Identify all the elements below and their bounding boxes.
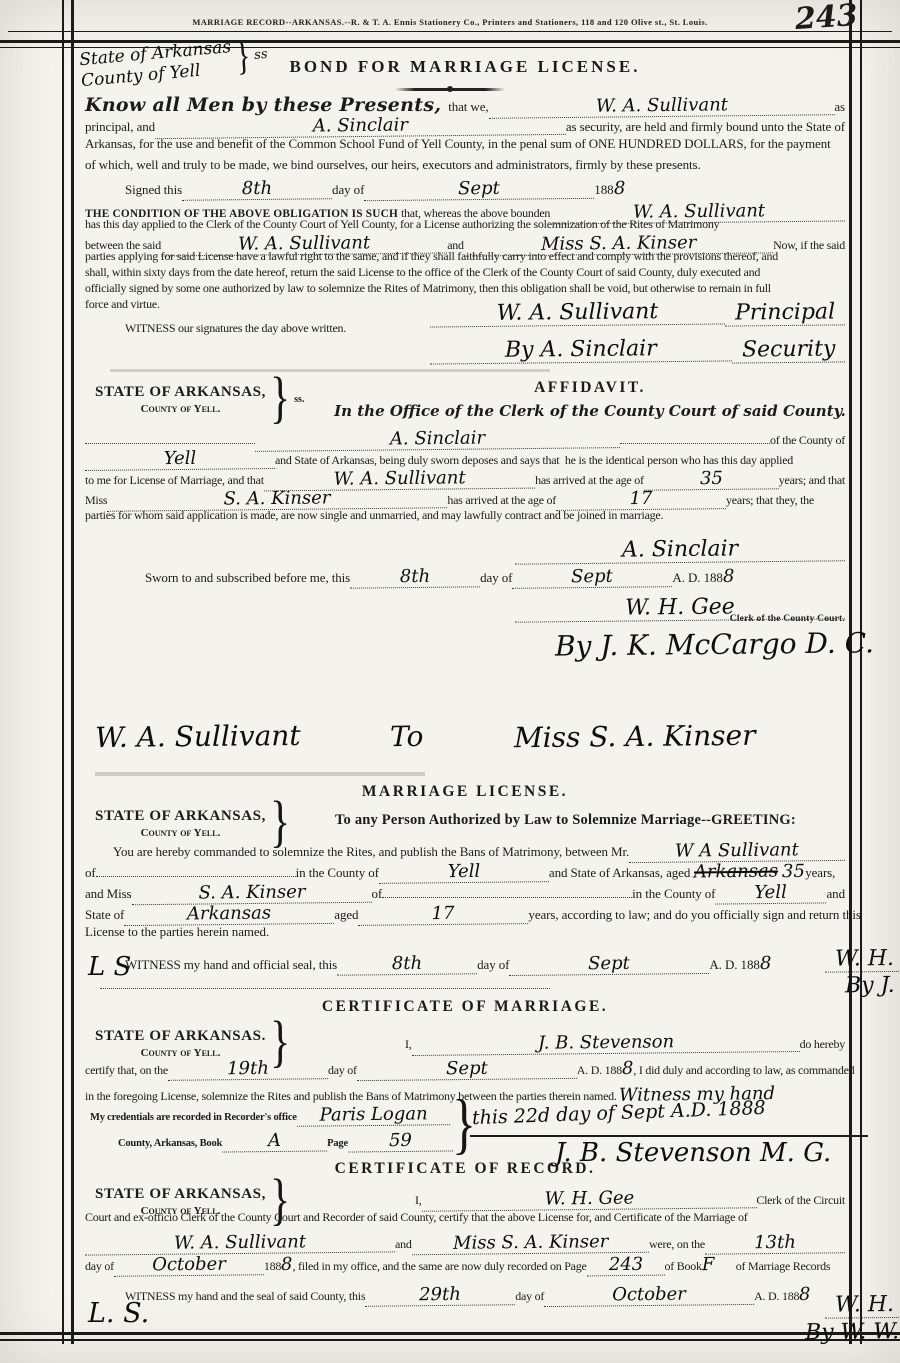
handwritten-entry: W. A. Sullivant	[553, 199, 845, 224]
cert-marriage-title: CERTIFICATE OF MARRIAGE.	[85, 998, 845, 1016]
handwritten-entry: A. Sinclair	[155, 113, 566, 139]
printed-text: has arrived at the age of	[535, 473, 644, 488]
text-line: between the saidW. A. SullivantandMiss S…	[85, 233, 845, 249]
printed-text: Signed this	[125, 182, 182, 198]
printed-text: as	[834, 99, 845, 115]
text-line: License to the parties herein named.	[85, 924, 845, 945]
record-ls-mark: L. S.	[88, 1298, 149, 1329]
handwritten-entry: 35	[782, 861, 805, 882]
printed-text: certify that, on the	[85, 1063, 168, 1078]
printed-text: and Miss	[85, 886, 132, 902]
handwritten-entry: F	[702, 1254, 736, 1275]
printed-text: as security, are held and firmly bound u…	[566, 119, 845, 135]
printed-text: day of	[85, 1259, 114, 1274]
license-signatures: W. H. GeeBy J. H. McCargo D. C.County Cl…	[455, 946, 855, 998]
handwritten-entry: W. H. Gee	[825, 945, 900, 972]
parties-header: W. A. SullivantToMiss S. A. Kinser	[95, 720, 815, 768]
handwritten-entry: A. Sinclair	[255, 426, 620, 452]
handwritten-entry: Yell	[715, 881, 826, 904]
handwritten-entry: W. H. Gee	[825, 1291, 900, 1318]
printed-text: WITNESS my hand and official seal, this	[125, 957, 337, 973]
printed-text: WITNESS our signatures the day above wri…	[125, 321, 346, 336]
handwritten-entry: By W. W. Brooks D. C.	[805, 1318, 900, 1346]
text-line: Know all Men by these Presents, that we,…	[85, 94, 845, 115]
affidavit-state-block: STATE OF ARKANSAS, County of Yell. } ss.	[95, 378, 304, 420]
cert-record-body: I,W. H. GeeClerk of the CircuitCourt and…	[85, 1188, 845, 1306]
handwritten-entry: A	[222, 1129, 327, 1152]
handwritten-entry: J. B. Stevenson	[411, 1030, 799, 1056]
printed-text: , I did duly and according to law, as co…	[633, 1063, 854, 1078]
handwritten-entry: Miss S. A. Kinser	[464, 231, 774, 256]
printed-text: of which, well and truly to be made, we …	[85, 157, 701, 173]
printed-text: day of	[328, 1063, 357, 1078]
printed-text: and	[827, 886, 845, 902]
printed-text: WITNESS my hand and the seal of said Cou…	[125, 1289, 365, 1304]
handwritten-entry: By A. Sinclair	[430, 335, 732, 364]
cert-record-title: CERTIFICATE OF RECORD.	[85, 1160, 845, 1178]
text-line: W. A. SullivantPrincipal	[430, 300, 845, 337]
handwritten-entry: Arkansas	[690, 861, 782, 883]
cert-record-signatures: W. H. GeeBy W. W. Brooks D. C.Clerk and …	[455, 1292, 865, 1346]
text-line: Court and ex-officio Clerk of the County…	[85, 1210, 845, 1232]
text-line: By W. W. Brooks D. C.Clerk and Recorder.	[455, 1319, 865, 1346]
marriage-record-page: MARRIAGE RECORD--ARKANSAS.--R. & T. A. E…	[0, 0, 900, 1363]
printed-text: aged	[334, 907, 358, 923]
printed-text: , filed in my office, and the same are n…	[293, 1259, 587, 1274]
handwritten-entry: Sept	[512, 565, 672, 589]
bond-opening: Know all Men by these Presents, that we,…	[85, 94, 845, 199]
printed-text: of the County of	[770, 433, 845, 448]
printed-text: and State of Arkansas, aged	[549, 865, 690, 881]
handwritten-entry: W. H. Gee	[515, 593, 845, 622]
handwritten-entry: W. H. Gee	[421, 1186, 756, 1212]
printed-text: day of	[332, 182, 364, 198]
printed-text: of Marriage Records	[736, 1259, 831, 1274]
license-state: STATE OF ARKANSAS,	[95, 808, 266, 825]
printed-text: of	[372, 886, 383, 902]
printed-text	[620, 443, 770, 444]
license-state-block: STATE OF ARKANSAS, County of Yell. }	[95, 802, 290, 844]
handwritten-entry: Sept	[364, 177, 594, 201]
text-line: W. H. Gee	[455, 946, 855, 972]
handwritten-entry: 17	[358, 902, 528, 926]
handwritten-entry: 8th	[350, 565, 480, 588]
handwritten-entry: 8	[723, 566, 735, 587]
cert-marriage-sig-rule	[470, 1135, 868, 1137]
handwritten-entry: Principal	[725, 299, 845, 326]
text-line: Sworn to and subscribed before me, this8…	[85, 566, 845, 595]
text-line: By J. K. McCargo D. C.	[85, 628, 845, 657]
printed-text: that we,	[448, 99, 488, 115]
printed-text: shall, within sixty days from the date h…	[85, 265, 760, 280]
bond-title: BOND FOR MARRIAGE LICENSE.	[85, 57, 845, 77]
printed-text: do hereby	[800, 1037, 845, 1052]
text-line: By J. H. McCargo D. C.County Clerk.	[455, 972, 855, 998]
printed-text: You are hereby commanded to solemnize th…	[113, 844, 629, 860]
text-line: principal, andA. Sinclairas security, ar…	[85, 115, 845, 136]
handwritten-entry: By J. H. McCargo D. C.	[845, 971, 900, 999]
right-border-outer	[860, 0, 862, 1344]
handwritten-entry: 17	[556, 487, 726, 511]
handwritten-entry: Sept	[357, 1057, 577, 1081]
handwritten-entry: Paris Logan	[297, 1103, 450, 1127]
handwritten-entry: Yell	[379, 860, 549, 884]
text-line: I,W. H. GeeClerk of the Circuit	[85, 1188, 845, 1210]
text-line: to me for License of Marriage, and thatW…	[85, 468, 845, 488]
printed-text: force and virtue.	[85, 297, 160, 312]
printed-text: My credentials are recorded in Recorder'…	[90, 1112, 297, 1123]
printed-text: of Book	[665, 1259, 702, 1274]
left-border-inner	[71, 0, 74, 1344]
right-border-inner	[849, 0, 852, 1344]
printed-text	[85, 443, 255, 444]
printed-text: A. D. 188	[577, 1063, 622, 1078]
text-line: MissS. A. Kinserhas arrived at the age o…	[85, 488, 845, 508]
text-line: A. Sinclairof the County of	[85, 428, 845, 448]
printed-text: I,	[405, 1037, 412, 1052]
credentials-block: My credentials are recorded in Recorder'…	[90, 1104, 450, 1156]
handwritten-entry: A. Sinclair	[515, 535, 845, 564]
handwritten-entry: W. A. Sullivant	[161, 232, 447, 257]
top-rule-heavy	[0, 40, 900, 43]
printed-text: License to the parties herein named.	[85, 924, 269, 940]
printed-text: Miss	[85, 493, 107, 508]
handwritten-entry: Security	[731, 336, 845, 363]
printed-text: 188	[594, 182, 613, 198]
text-line: W. A. SullivantToMiss S. A. Kinser	[95, 720, 815, 768]
printed-text: Know all Men by these Presents,	[85, 94, 448, 116]
printed-text: in the County of	[296, 865, 379, 881]
handwritten-entry: W. A. Sullivant	[85, 1230, 395, 1255]
printed-text: and	[395, 1237, 412, 1252]
handwritten-entry: 8	[622, 1058, 634, 1079]
handwritten-entry: S. A. Kinser	[107, 486, 447, 512]
handwritten-entry: W. A. Sullivant	[430, 298, 725, 327]
scan-smear-2	[95, 772, 425, 776]
scan-smear-1	[110, 369, 550, 372]
printed-text: of	[85, 865, 96, 881]
left-border-outer	[62, 0, 64, 1344]
handwritten-entry: To	[390, 720, 424, 753]
handwritten-entry: 13th	[705, 1231, 845, 1254]
handwritten-entry: 8th	[182, 177, 332, 201]
handwritten-entry: Miss S. A. Kinser	[411, 1231, 649, 1255]
text-line: My credentials are recorded in Recorder'…	[90, 1104, 450, 1130]
imprint-rule	[8, 31, 892, 32]
printed-text: day of	[480, 570, 512, 586]
affidavit-subtitle: In the Office of the Clerk of the County…	[330, 402, 850, 420]
text-line: County, Arkansas, BookAPage59	[90, 1130, 450, 1156]
text-line: shall, within sixty days from the date h…	[85, 265, 845, 281]
printed-text: years; and that	[779, 473, 845, 488]
printed-text: years, according to law; and do you offi…	[528, 907, 860, 923]
bond-signatures: W. A. SullivantPrincipalBy A. SinclairSe…	[430, 300, 845, 374]
affidavit-sworn-block: A. SinclairSworn to and subscribed befor…	[85, 537, 845, 657]
handwritten-entry: W. A. Sullivant	[95, 719, 301, 754]
affidavit-state: STATE OF ARKANSAS,	[95, 384, 266, 401]
text-line: officially signed by some one authorized…	[85, 281, 845, 297]
text-line: certify that, on the19thday ofSeptA. D. …	[85, 1058, 845, 1084]
text-line: Signed this8thday ofSept1888	[85, 178, 845, 199]
printed-text: Sworn to and subscribed before me, this	[145, 570, 350, 586]
text-line: W. A. SullivantandMiss S. A. Kinserwere,…	[85, 1232, 845, 1254]
printed-text: Page	[327, 1138, 348, 1149]
printed-text: State of	[85, 907, 124, 923]
handwritten-entry: 8	[281, 1254, 293, 1275]
affidavit-title: AFFIDAVIT.	[330, 379, 850, 397]
handwritten-entry: 19th	[168, 1057, 328, 1081]
handwritten-entry: W A Sullivant	[629, 839, 845, 863]
printed-text: years; that they, the	[726, 493, 814, 508]
text-line: THE CONDITION OF THE ABOVE OBLIGATION IS…	[85, 201, 845, 217]
affidavit-county: County of Yell.	[95, 403, 266, 415]
license-greeting: To any Person Authorized by Law to Solem…	[335, 812, 855, 829]
printed-text: in the foregoing License, solemnize the …	[85, 1089, 619, 1104]
printed-text	[382, 897, 632, 898]
printed-text: in the County of	[632, 886, 715, 902]
text-line: parties for whom said application is mad…	[85, 508, 845, 528]
license-title: MARRIAGE LICENSE.	[85, 783, 845, 801]
license-ls-mark: L S	[88, 952, 131, 982]
text-line: You are hereby commanded to solemnize th…	[85, 840, 845, 861]
printed-text: I,	[415, 1193, 422, 1208]
page-number: 243	[794, 0, 859, 37]
affidavit-ss: ss.	[294, 394, 304, 405]
printed-text: to me for License of Marriage, and that	[85, 473, 264, 488]
printed-text: principal, and	[85, 119, 155, 135]
text-line: and MissS. A. Kinserofin the County ofYe…	[85, 882, 845, 903]
text-line: ofin the County ofYelland State of Arkan…	[85, 861, 845, 882]
handwritten-entry: 59	[348, 1129, 453, 1152]
printed-text: has arrived at the age of	[447, 493, 556, 508]
printed-text: County, Arkansas, Book	[118, 1138, 222, 1149]
handwritten-entry: By J. K. McCargo D. C.	[555, 626, 874, 662]
handwritten-entry: October	[114, 1253, 264, 1277]
text-line: I,J. B. Stevensondo hereby	[85, 1032, 845, 1058]
printed-text: years,	[805, 865, 835, 881]
text-line: Arkansas, for the use and benefit of the…	[85, 136, 845, 157]
handwritten-entry: Yell	[85, 447, 275, 471]
handwritten-entry: Arkansas	[124, 902, 334, 926]
text-line: Yelland State of Arkansas, being duly sw…	[85, 448, 845, 468]
handwritten-entry: 8	[613, 178, 625, 199]
printed-text: A. D. 188	[672, 570, 722, 586]
printed-text	[96, 876, 296, 877]
handwritten-entry: Miss S. A. Kinser	[513, 719, 755, 755]
text-line: State ofArkansasaged17years, according t…	[85, 903, 845, 924]
printed-text: Now, if the said	[773, 238, 845, 253]
printed-text: Court and ex-officio Clerk of the County…	[85, 1210, 747, 1225]
handwritten-entry: 243	[586, 1254, 664, 1277]
printer-imprint: MARRIAGE RECORD--ARKANSAS.--R. & T. A. E…	[0, 17, 900, 27]
affidavit-brace: }	[270, 371, 290, 428]
title-ornament	[395, 88, 505, 91]
text-line: day ofOctober1888, filed in my office, a…	[85, 1254, 845, 1276]
printed-text: Clerk of the Circuit	[756, 1193, 845, 1208]
handwritten-entry: S. A. Kinser	[131, 881, 371, 906]
printed-text: officially signed by some one authorized…	[85, 281, 771, 296]
affidavit-body: A. Sinclairof the County ofYelland State…	[85, 428, 845, 528]
text-line: of which, well and truly to be made, we …	[85, 157, 845, 178]
printed-text: were, on the	[649, 1237, 705, 1252]
printed-text: 188	[264, 1259, 281, 1274]
text-line: A. Sinclair	[85, 537, 845, 566]
text-line: W. H. Gee	[455, 1292, 865, 1319]
license-county: County of Yell.	[95, 827, 266, 839]
